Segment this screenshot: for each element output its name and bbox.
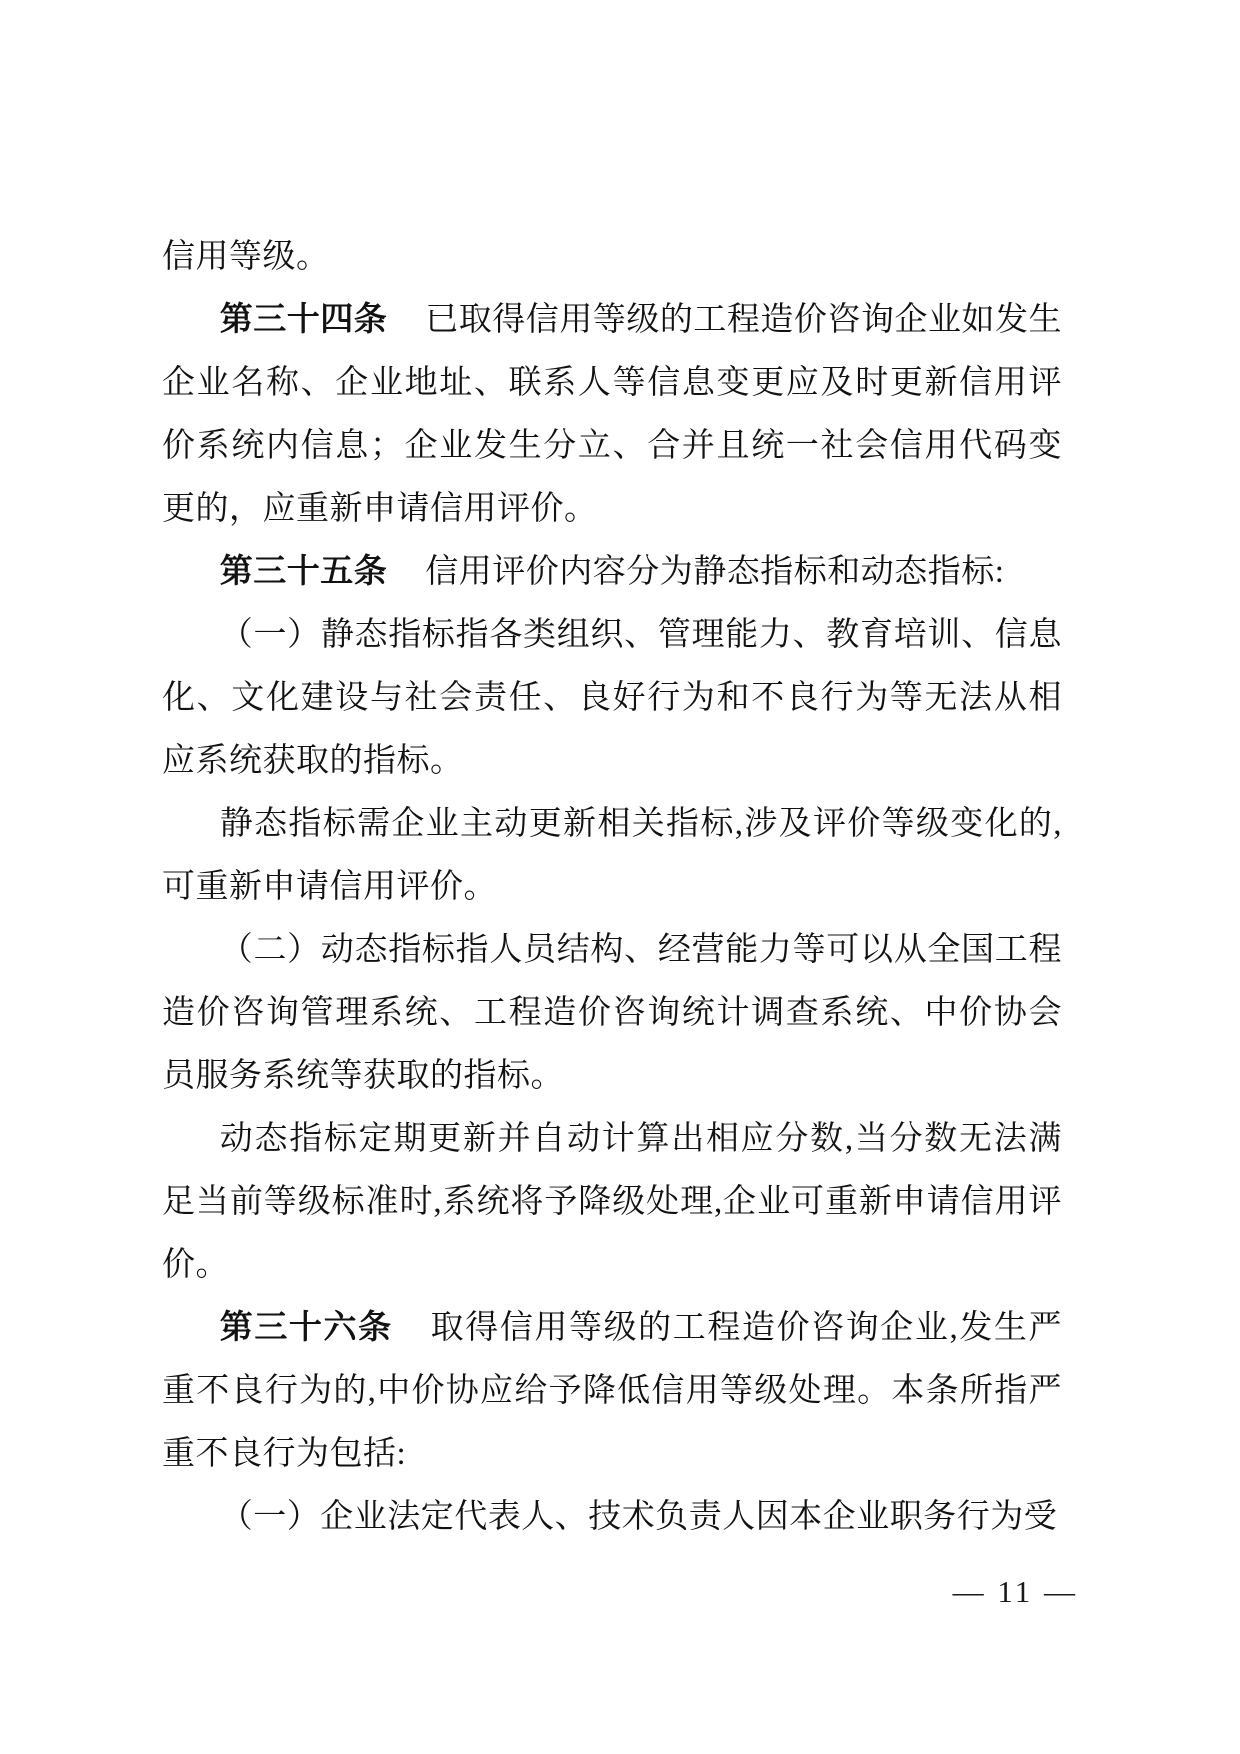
paragraph-continuation: 信用等级。 bbox=[162, 226, 1062, 289]
article-number-bold: 第三十五条 bbox=[220, 554, 388, 590]
paragraph-dynamic-update: 动态指标定期更新并自动计算出相应分数,当分数无法满足当前等级标准时,系统将予降级… bbox=[162, 1108, 1062, 1297]
paragraph-article-36: 第三十六条取得信用等级的工程造价咨询企业,发生严重不良行为的,中价协应给予降低信… bbox=[162, 1297, 1062, 1486]
paragraph-text: （二）动态指标指人员结构、经营能力等可以从全国工程造价咨询管理系统、工程造价咨询… bbox=[162, 932, 1062, 1094]
paragraph-item-2-dynamic-indicators: （二）动态指标指人员结构、经营能力等可以从全国工程造价咨询管理系统、工程造价咨询… bbox=[162, 919, 1062, 1108]
paragraph-article-34: 第三十四条已取得信用等级的工程造价咨询企业如发生企业名称、企业地址、联系人等信息… bbox=[162, 289, 1062, 541]
article-number-bold: 第三十四条 bbox=[220, 302, 388, 338]
paragraph-text: 信用评价内容分为静态指标和动态指标: bbox=[425, 554, 1004, 590]
paragraph-text: （一）企业法定代表人、技术负责人因本企业职务行为受 bbox=[220, 1499, 1058, 1535]
paragraph-static-update: 静态指标需企业主动更新相关指标,涉及评价等级变化的,可重新申请信用评价。 bbox=[162, 793, 1062, 919]
article-number-bold: 第三十六条 bbox=[220, 1310, 393, 1346]
document-body: 信用等级。 第三十四条已取得信用等级的工程造价咨询企业如发生企业名称、企业地址、… bbox=[162, 226, 1062, 1549]
paragraph-article-35: 第三十五条信用评价内容分为静态指标和动态指标: bbox=[162, 541, 1062, 604]
page-number: — 11 — bbox=[953, 1570, 1078, 1614]
paragraph-text: （一）静态指标指各类组织、管理能力、教育培训、信息化、文化建设与社会责任、良好行… bbox=[162, 617, 1062, 779]
paragraph-item-1-legal-representative: （一）企业法定代表人、技术负责人因本企业职务行为受 bbox=[162, 1486, 1062, 1549]
paragraph-text: 信用等级。 bbox=[162, 239, 330, 275]
paragraph-item-1-static-indicators: （一）静态指标指各类组织、管理能力、教育培训、信息化、文化建设与社会责任、良好行… bbox=[162, 604, 1062, 793]
document-page: 信用等级。 第三十四条已取得信用等级的工程造价咨询企业如发生企业名称、企业地址、… bbox=[0, 0, 1240, 1754]
paragraph-text: 静态指标需企业主动更新相关指标,涉及评价等级变化的,可重新申请信用评价。 bbox=[162, 806, 1062, 905]
paragraph-text: 动态指标定期更新并自动计算出相应分数,当分数无法满足当前等级标准时,系统将予降级… bbox=[162, 1121, 1062, 1283]
